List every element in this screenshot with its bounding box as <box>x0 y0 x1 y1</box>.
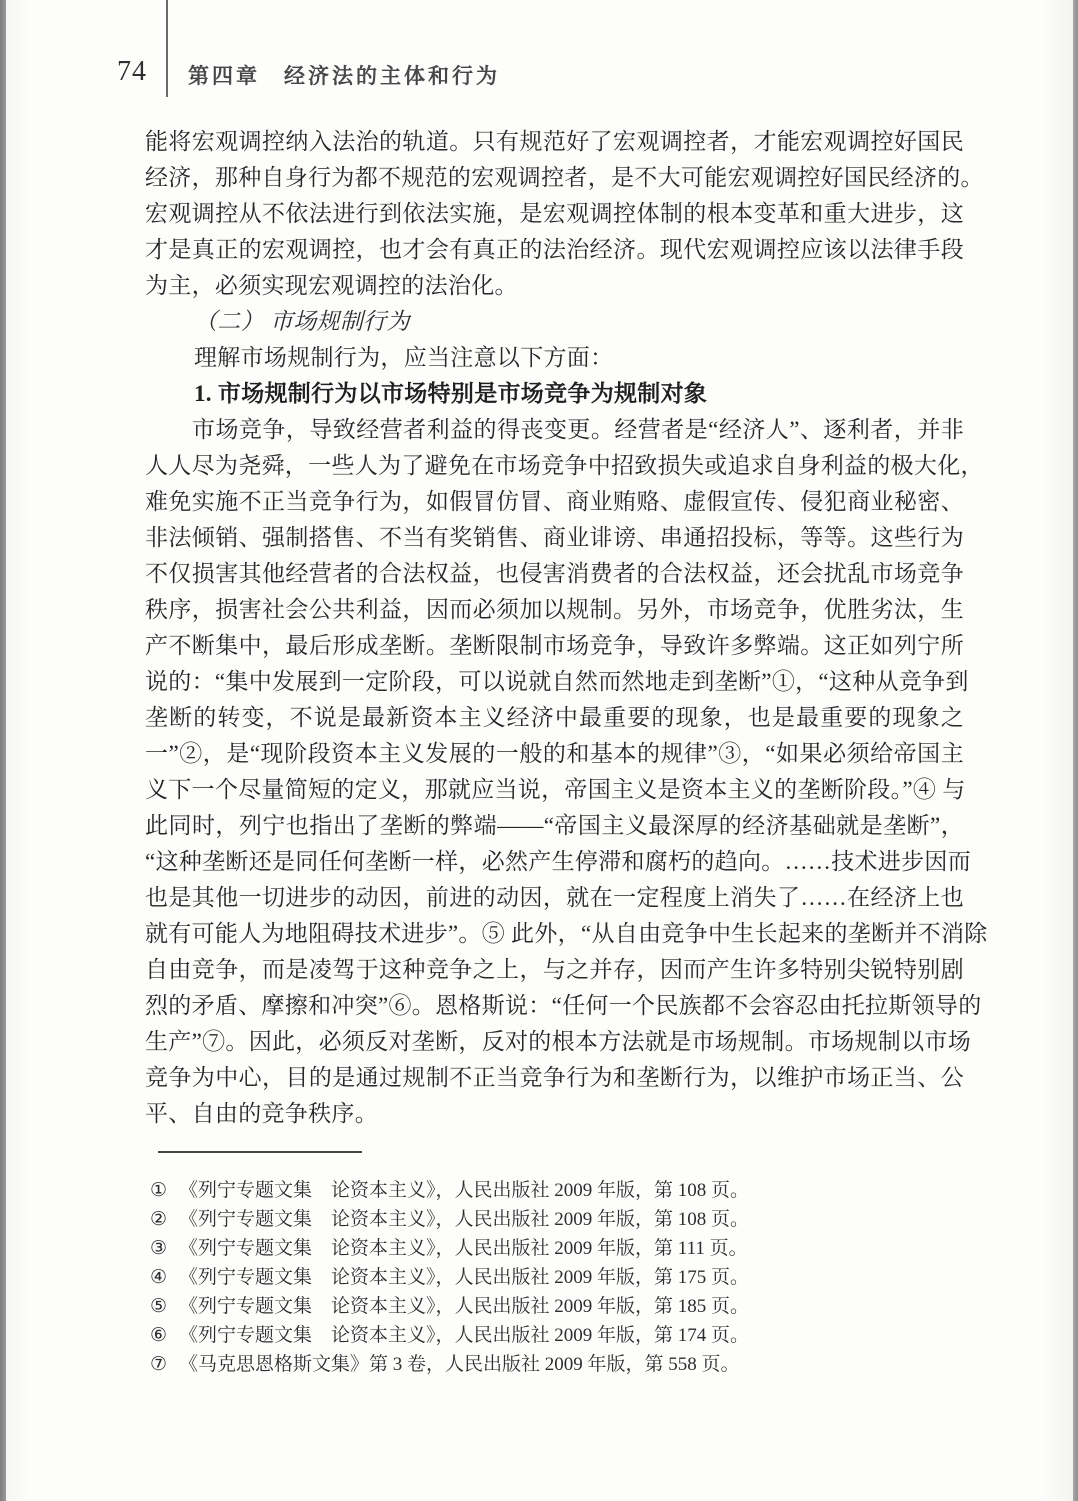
paragraph-line: 宏观调控从不依法进行到依法实施，是宏观调控体制的根本变革和重大进步，这 <box>145 196 964 232</box>
book-page: 74 第四章 经济法的主体和行为 能将宏观调控纳入法治的轨道。只有规范好了宏观调… <box>0 0 1078 1501</box>
paragraph-line: 自由竞争，而是凌驾于这种竞争之上，与之并存，因而产生许多特别尖锐特别剧 <box>145 952 964 988</box>
footnote-marker: ⑤ <box>150 1292 167 1321</box>
footnote: ⑤《列宁专题文集 论资本主义》，人民出版社 2009 年版，第 185 页。 <box>150 1292 890 1321</box>
footnote-marker: ② <box>150 1205 167 1234</box>
paragraph-line: 竞争为中心，目的是通过规制不正当竞争行为和垄断行为，以维护市场正当、公 <box>145 1060 964 1096</box>
footnote-text: 《列宁专题文集 论资本主义》，人民出版社 2009 年版，第 108 页。 <box>179 1180 749 1201</box>
body-text: 能将宏观调控纳入法治的轨道。只有规范好了宏观调控者，才能宏观调控好国民 经济，那… <box>145 124 964 1132</box>
paragraph-line: 为主，必须实现宏观调控的法治化。 <box>145 268 964 304</box>
footnote-marker: ① <box>150 1176 167 1205</box>
footnote: ⑥《列宁专题文集 论资本主义》，人民出版社 2009 年版，第 174 页。 <box>150 1321 890 1350</box>
footnotes: ①《列宁专题文集 论资本主义》，人民出版社 2009 年版，第 108 页。 ②… <box>150 1176 890 1379</box>
paragraph-line: 垄断的转变，不说是最新资本主义经济中最重要的现象，也是最重要的现象之 <box>145 700 964 736</box>
footnote-text: 《列宁专题文集 论资本主义》，人民出版社 2009 年版，第 185 页。 <box>179 1296 749 1317</box>
paragraph-line: 此同时，列宁也指出了垄断的弊端——“帝国主义最深厚的经济基础就是垄断”， <box>145 808 964 844</box>
chapter-header: 第四章 经济法的主体和行为 <box>188 60 500 90</box>
left-scan-edge <box>0 0 6 1501</box>
paragraph-line: 市场竞争，导致经营者利益的得丧变更。经营者是“经济人”、逐利者，并非 <box>145 412 964 448</box>
right-scan-edge <box>1073 0 1078 1501</box>
paragraph-line: 人人尽为尧舜，一些人为了避免在市场竞争中招致损失或追求自身利益的极大化， <box>145 448 964 484</box>
paragraph-line: 就有可能人为地阻碍技术进步”。⑤ 此外，“从自由竞争中生长起来的垄断并不消除 <box>145 916 964 952</box>
section-heading: （二） 市场规制行为 <box>145 304 964 340</box>
intro-line: 理解市场规制行为，应当注意以下方面： <box>145 340 964 376</box>
paragraph-line: 生产”⑦。因此，必须反对垄断，反对的根本方法就是市场规制。市场规制以市场 <box>145 1024 964 1060</box>
footnote: ③《列宁专题文集 论资本主义》，人民出版社 2009 年版，第 111 页。 <box>150 1234 890 1263</box>
paragraph-line: 烈的矛盾、摩擦和冲突”⑥。恩格斯说：“任何一个民族都不会容忍由托拉斯领导的 <box>145 988 964 1024</box>
paragraph-line: 也是其他一切进步的动因，前进的动因，就在一定程度上消失了……在经济上也 <box>145 880 964 916</box>
footnote-text: 《列宁专题文集 论资本主义》，人民出版社 2009 年版，第 174 页。 <box>179 1325 749 1346</box>
paragraph-line: 一”②，是“现阶段资本主义发展的一般的和基本的规律”③，“如果必须给帝国主 <box>145 736 964 772</box>
paragraph-line: 平、自由的竞争秩序。 <box>145 1096 964 1132</box>
paragraph-line: 非法倾销、强制搭售、不当有奖销售、商业诽谤、串通招投标，等等。这些行为 <box>145 520 964 556</box>
footnote-marker: ⑦ <box>150 1350 167 1379</box>
footnote: ④《列宁专题文集 论资本主义》，人民出版社 2009 年版，第 175 页。 <box>150 1263 890 1292</box>
footnote-marker: ④ <box>150 1263 167 1292</box>
footnote-marker: ⑥ <box>150 1321 167 1350</box>
paragraph-line: 不仅损害其他经营者的合法权益，也侵害消费者的合法权益，还会扰乱市场竞争 <box>145 556 964 592</box>
paragraph-line: “这种垄断还是同任何垄断一样，必然产生停滞和腐朽的趋向。……技术进步因而 <box>145 844 964 880</box>
paragraph-line: 秩序，损害社会公共利益，因而必须加以规制。另外，市场竞争，优胜劣汰，生 <box>145 592 964 628</box>
subsection-heading: 1. 市场规制行为以市场特别是市场竞争为规制对象 <box>145 376 964 412</box>
footnote: ①《列宁专题文集 论资本主义》，人民出版社 2009 年版，第 108 页。 <box>150 1176 890 1205</box>
footnote-text: 《列宁专题文集 论资本主义》，人民出版社 2009 年版，第 175 页。 <box>179 1267 749 1288</box>
header-divider <box>166 0 168 97</box>
page-number: 74 <box>85 56 147 88</box>
paragraph-line: 经济，那种自身行为都不规范的宏观调控者，是不大可能宏观调控好国民经济的。 <box>145 160 964 196</box>
paragraph-line: 难免实施不正当竞争行为，如假冒仿冒、商业贿赂、虚假宣传、侵犯商业秘密、 <box>145 484 964 520</box>
footnote-separator <box>158 1151 362 1153</box>
footnote: ②《列宁专题文集 论资本主义》，人民出版社 2009 年版，第 108 页。 <box>150 1205 890 1234</box>
footnote-text: 《马克思恩格斯文集》第 3 卷，人民出版社 2009 年版，第 558 页。 <box>179 1354 740 1375</box>
footnote-marker: ③ <box>150 1234 167 1263</box>
paragraph-line: 能将宏观调控纳入法治的轨道。只有规范好了宏观调控者，才能宏观调控好国民 <box>145 124 964 160</box>
footnote-text: 《列宁专题文集 论资本主义》，人民出版社 2009 年版，第 111 页。 <box>179 1238 748 1259</box>
paragraph-line: 说的：“集中发展到一定阶段，可以说就自然而然地走到垄断”①，“这种从竞争到 <box>145 664 964 700</box>
footnote: ⑦《马克思恩格斯文集》第 3 卷，人民出版社 2009 年版，第 558 页。 <box>150 1350 890 1379</box>
paragraph-line: 义下一个尽量简短的定义，那就应当说，帝国主义是资本主义的垄断阶段。”④ 与 <box>145 772 964 808</box>
footnote-text: 《列宁专题文集 论资本主义》，人民出版社 2009 年版，第 108 页。 <box>179 1209 749 1230</box>
paragraph-line: 产不断集中，最后形成垄断。垄断限制市场竞争，导致许多弊端。这正如列宁所 <box>145 628 964 664</box>
paragraph-line: 才是真正的宏观调控，也才会有真正的法治经济。现代宏观调控应该以法律手段 <box>145 232 964 268</box>
